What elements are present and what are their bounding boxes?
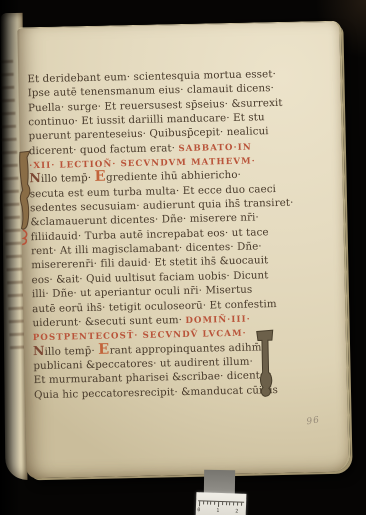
manuscript-page: Et deridebant eum· scientesquia mortua e… — [17, 21, 350, 479]
ruler-tick — [203, 501, 204, 504]
body-text: N — [33, 342, 45, 357]
ruler-tick — [207, 501, 208, 504]
scale-ruler-card: 012 — [196, 492, 247, 515]
ruler-unit-label: 1 — [216, 508, 219, 514]
ruler-tick — [226, 502, 227, 505]
mounting-tab — [204, 470, 235, 495]
decorated-initial-I-right — [255, 328, 277, 398]
ruler-unit-label: 0 — [197, 507, 200, 513]
ruler-tick — [214, 502, 215, 505]
folio-number: 96 — [306, 415, 321, 427]
ruler-tick — [233, 502, 234, 505]
ruler-tick — [210, 502, 211, 505]
ruler-tick — [199, 501, 200, 506]
photo-backdrop: Et deridebant eum· scientesquia mortua e… — [0, 0, 366, 515]
ruler-tick — [237, 503, 238, 506]
ruler-unit-label: 2 — [235, 509, 238, 515]
initial-red-flourish — [23, 230, 27, 244]
ruler-tick — [222, 502, 223, 505]
ruler-tick — [241, 503, 242, 506]
body-text: Quia hic peccatoresrecipit· &manducat cū… — [34, 384, 278, 401]
ruler-tick — [229, 502, 230, 505]
decorated-initial-I-left — [16, 150, 35, 246]
ruler-tick — [218, 502, 219, 507]
text-block: Et deridebant eum· scientesquia mortua e… — [27, 64, 326, 400]
